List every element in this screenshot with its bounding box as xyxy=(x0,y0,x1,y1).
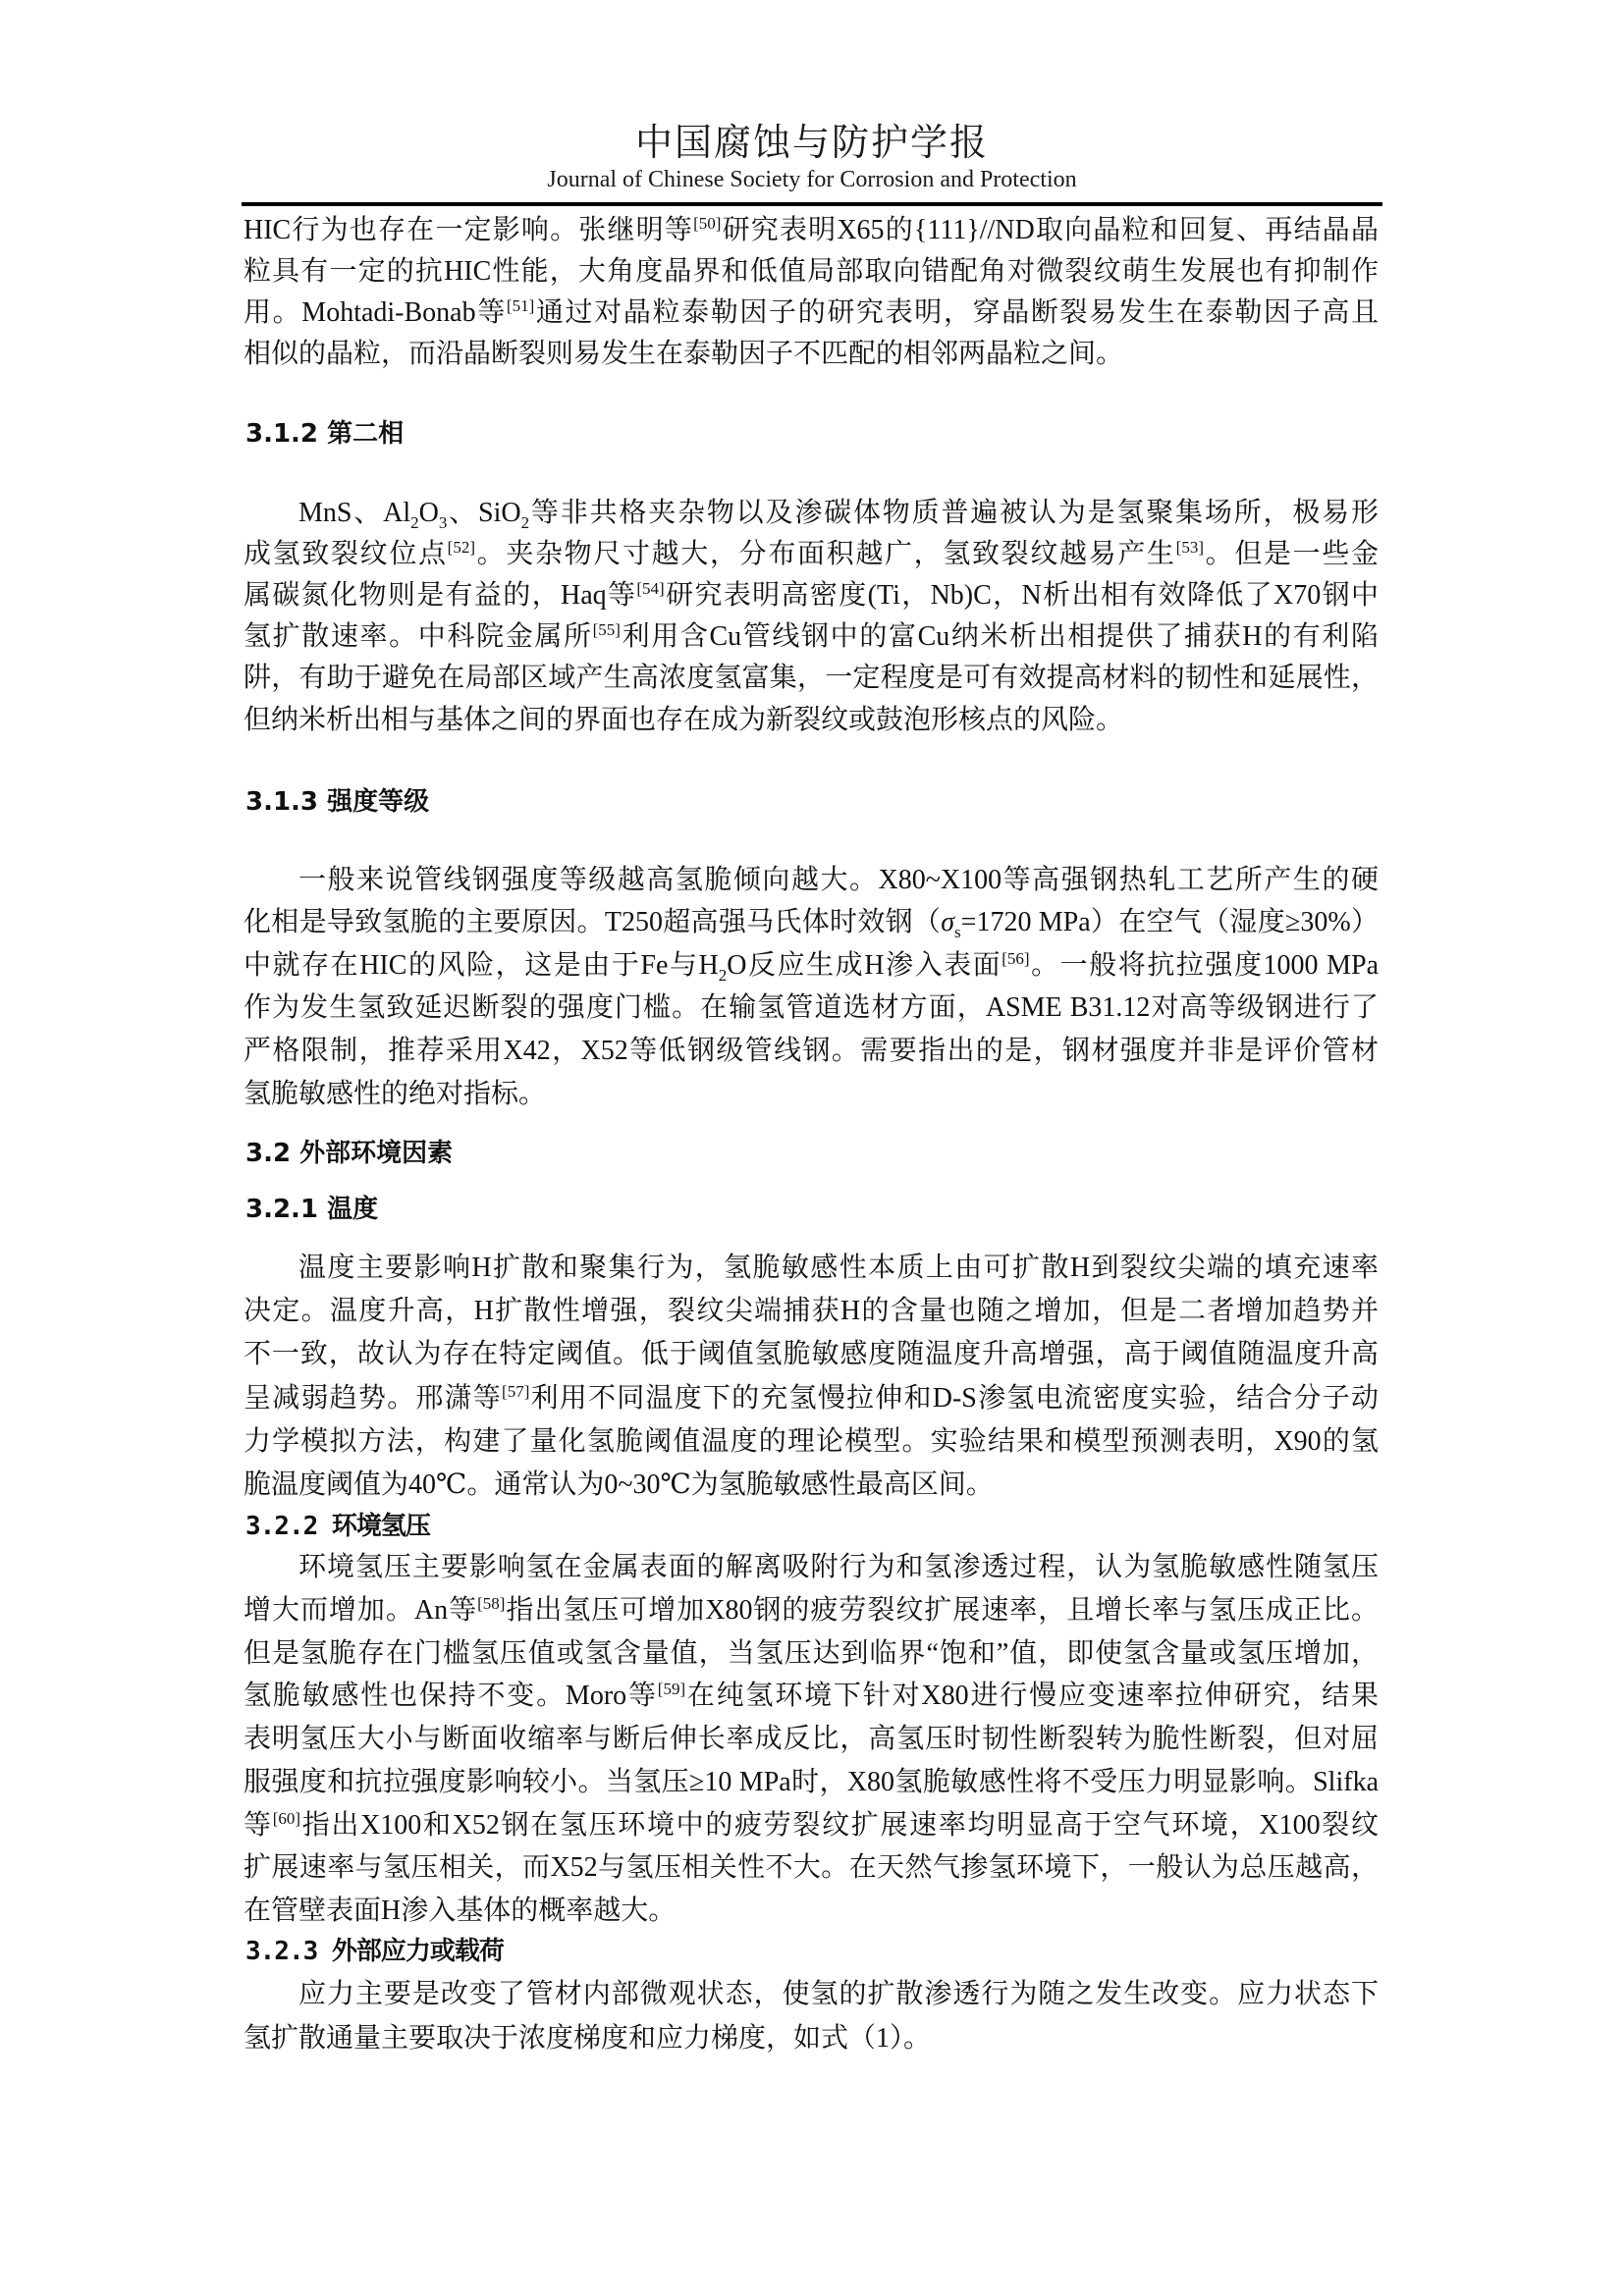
paragraph-line: 脆温度阈值为40℃。通常认为0~30℃为氢脆敏感性最高区间。 xyxy=(244,1465,1379,1506)
text-run: 氢脆敏感性的绝对指标。 xyxy=(244,1079,546,1109)
journal-title-cn: 中国腐蚀与防护学报 xyxy=(0,118,1624,167)
paragraph-line: 扩展速率与氢压相关，而X52与氢压相关性不大。在天然气掺氢环境下，一般认为总压越… xyxy=(244,1847,1379,1889)
paragraph-line: 增大而增加。An等[58]指出氢压可增加X80钢的疲劳裂纹扩展速率，且增长率与氢… xyxy=(244,1590,1379,1631)
text-run: 利用不同温度下的充氢慢拉伸和D-S渗氢电流密度实验，结合分子动 xyxy=(529,1383,1379,1414)
text-run: 不一致，故认为存在特定阈值。低于阈值氢脆敏感度随温度升高增强，高于阈值随温度升高 xyxy=(244,1339,1379,1369)
paragraph-line: 属碳氮化物则是有益的，Haq等[54]研究表明高密度(Ti，Nb)C，N析出相有… xyxy=(244,575,1379,616)
text-run: 在纯氢环境下针对X80进行慢应变速率拉伸研究，结果 xyxy=(685,1681,1379,1711)
text-run: 用。Mohtadi-Bonab等 xyxy=(244,297,507,328)
text-run: 相似的晶粒，而沿晶断裂则易发生在泰勒因子不匹配的相邻两晶粒之间。 xyxy=(244,339,1123,369)
paragraph-line: 粒具有一定的抗HIC性能，大角度晶界和低值局部取向错配角对微裂纹萌生发展也有抑制… xyxy=(244,251,1379,293)
paragraph-line: 环境氢压主要影响氢在金属表面的解离吸附行为和氢渗透过程，认为氢脆敏感性随氢压 xyxy=(298,1547,1379,1588)
paragraph-line: 不一致，故认为存在特定阈值。低于阈值氢脆敏感度随温度升高增强，高于阈值随温度升高 xyxy=(244,1334,1379,1375)
text-run: 力学模拟方法，构建了量化氢脆阈值温度的理论模型。实验结果和模型预测表明，X90的… xyxy=(244,1426,1379,1457)
text-run: 但是氢脆存在门槛氢压值或氢含量值，当氢压达到临界“饱和”值，即使氢含量或氢压增加… xyxy=(244,1638,1379,1669)
text-run: 但纳米析出相与基体之间的界面也存在成为新裂纹或鼓泡形核点的风险。 xyxy=(244,705,1123,735)
citation-ref: [54] xyxy=(636,579,664,598)
paragraph-line: 作为发生氢致延迟断裂的强度门槛。在输氢管道选材方面，ASME B31.12对高等… xyxy=(244,988,1379,1029)
text-run: 扩展速率与氢压相关，而X52与氢压相关性不大。在天然气掺氢环境下，一般认为总压越… xyxy=(244,1852,1379,1883)
header-rule xyxy=(242,202,1382,206)
text-run: 利用含Cu管线钢中的富Cu纳米析出相提供了捕获H的有利陷 xyxy=(621,621,1379,652)
text-run: 成氢致裂纹位点 xyxy=(244,539,448,569)
citation-ref: [51] xyxy=(507,296,534,315)
paragraph-line: HIC行为也存在一定影响。张继明等[50]研究表明X65的{111}//ND取向… xyxy=(244,210,1379,251)
citation-ref: [56] xyxy=(1001,949,1029,968)
paragraph-line: 相似的晶粒，而沿晶断裂则易发生在泰勒因子不匹配的相邻两晶粒之间。 xyxy=(244,334,1379,375)
text-run: 。夹杂物尺寸越大，分布面积越广，氢致裂纹越易产生 xyxy=(475,539,1176,569)
text-run: 等非共格夹杂物以及渗碳体物质普遍被认为是氢聚集场所，极易形 xyxy=(529,498,1379,528)
paragraph-line: 氢扩散速率。中科院金属所[55]利用含Cu管线钢中的富Cu纳米析出相提供了捕获H… xyxy=(244,616,1379,658)
text-run: 研究表明高密度(Ti，Nb)C，N析出相有效降低了X70钢中 xyxy=(665,580,1379,611)
text-run: MnS、Al xyxy=(298,498,410,528)
section-heading: 3.2.2 环境氢压 xyxy=(245,1507,430,1546)
symbol: σ xyxy=(941,907,954,937)
text-run: 温度主要影响H扩散和聚集行为，氢脆敏感性本质上由可扩散H到裂纹尖端的填充速率 xyxy=(298,1253,1379,1283)
text-run: 阱，有助于避免在局部区域产生高浓度氢富集，一定程度是可有效提高材料的韧性和延展性… xyxy=(244,663,1379,693)
section-heading: 3.1.2 第二相 xyxy=(245,414,404,454)
subscript: 2 xyxy=(521,513,530,532)
text-run: 一般来说管线钢强度等级越高氢脆倾向越大。X80~X100等高强钢热轧工艺所产生的… xyxy=(298,865,1379,895)
text-run: 等 xyxy=(244,1810,273,1841)
paragraph-line: 氢脆敏感性的绝对指标。 xyxy=(244,1074,1379,1115)
text-run: 作为发生氢致延迟断裂的强度门槛。在输氢管道选材方面，ASME B31.12对高等… xyxy=(244,992,1379,1023)
paragraph-line: 成氢致裂纹位点[52]。夹杂物尺寸越大，分布面积越广，氢致裂纹越易产生[53]。… xyxy=(244,534,1379,575)
text-run: 化相是导致氢脆的主要原因。T250超高强马氏体时效钢（ xyxy=(244,907,941,937)
text-run: 表明氢压大小与断面收缩率与断后伸长率成反比，高氢压时韧性断裂转为脆性断裂，但对屈 xyxy=(244,1724,1379,1754)
paragraph-line: 氢脆敏感性也保持不变。Moro等[59]在纯氢环境下针对X80进行慢应变速率拉伸… xyxy=(244,1676,1379,1717)
paragraph-line: 阱，有助于避免在局部区域产生高浓度氢富集，一定程度是可有效提高材料的韧性和延展性… xyxy=(244,658,1379,699)
paragraph-line: 化相是导致氢脆的主要原因。T250超高强马氏体时效钢（σs=1720 MPa）在… xyxy=(244,902,1379,943)
text-run: 呈减弱趋势。邢潇等 xyxy=(244,1383,502,1414)
paragraph-line: 呈减弱趋势。邢潇等[57]利用不同温度下的充氢慢拉伸和D-S渗氢电流密度实验，结… xyxy=(244,1378,1379,1419)
text-run: O反应生成H渗入表面 xyxy=(727,950,1001,981)
text-run: 服强度和抗拉强度影响较小。当氢压≥10 MPa时，X80氢脆敏感性将不受压力明显… xyxy=(244,1767,1379,1797)
paragraph-line: 但是氢脆存在门槛氢压值或氢含量值，当氢压达到临界“饱和”值，即使氢含量或氢压增加… xyxy=(244,1633,1379,1675)
paragraph-line: 决定。温度升高，H扩散性增强，裂纹尖端捕获H的含量也随之增加，但是二者增加趋势并 xyxy=(244,1291,1379,1332)
paragraph-line: MnS、Al2O3、SiO2等非共格夹杂物以及渗碳体物质普遍被认为是氢聚集场所，… xyxy=(298,493,1379,534)
text-run: 在管壁表面H渗入基体的概率越大。 xyxy=(244,1896,676,1926)
text-run: 研究表明X65的{111}//ND取向晶粒和回复、再结晶晶 xyxy=(721,215,1379,245)
section-heading: 3.2 外部环境因素 xyxy=(245,1134,453,1173)
text-run: 属碳氮化物则是有益的，Haq等 xyxy=(244,580,636,611)
paragraph-line: 严格限制，推荐采用X42，X52等低钢级管线钢。需要指出的是，钢材强度并非是评价… xyxy=(244,1031,1379,1072)
text-run: 应力主要是改变了管材内部微观状态，使氢的扩散渗透行为随之发生改变。应力状态下 xyxy=(298,1979,1379,2009)
paragraph-line: 表明氢压大小与断面收缩率与断后伸长率成反比，高氢压时韧性断裂转为脆性断裂，但对屈 xyxy=(244,1719,1379,1760)
text-run: 增大而增加。An等 xyxy=(244,1595,477,1626)
text-run: 通过对晶粒泰勒因子的研究表明，穿晶断裂易发生在泰勒因子高且 xyxy=(534,297,1379,328)
text-run: 。一般将抗拉强度1000 MPa xyxy=(1030,950,1379,981)
text-run: 氢脆敏感性也保持不变。Moro等 xyxy=(244,1681,658,1711)
citation-ref: [50] xyxy=(693,214,721,233)
text-run: 、SiO xyxy=(447,498,520,528)
citation-ref: [55] xyxy=(593,620,621,639)
text-run: 脆温度阈值为40℃。通常认为0~30℃为氢脆敏感性最高区间。 xyxy=(244,1469,994,1500)
text-run: 氢扩散通量主要取决于浓度梯度和应力梯度，如式（1）。 xyxy=(244,2023,931,2054)
section-heading: 3.2.1 温度 xyxy=(245,1190,378,1229)
text-run: 指出X100和X52钢在氢压环境中的疲劳裂纹扩展速率均明显高于空气环境，X100… xyxy=(300,1810,1379,1841)
text-run: 。但是一些金 xyxy=(1204,539,1379,569)
paragraph-line: 等[60]指出X100和X52钢在氢压环境中的疲劳裂纹扩展速率均明显高于空气环境… xyxy=(244,1805,1379,1846)
journal-title-en: Journal of Chinese Society for Corrosion… xyxy=(0,165,1624,194)
citation-ref: [53] xyxy=(1176,538,1204,557)
text-run: 中就存在HIC的风险，这是由于Fe与H xyxy=(244,950,719,981)
paragraph-line: 氢扩散通量主要取决于浓度梯度和应力梯度，如式（1）。 xyxy=(244,2018,1379,2059)
paragraph-line: 在管壁表面H渗入基体的概率越大。 xyxy=(244,1891,1379,1932)
text-run: 决定。温度升高，H扩散性增强，裂纹尖端捕获H的含量也随之增加，但是二者增加趋势并 xyxy=(244,1296,1379,1326)
text-run: 氢扩散速率。中科院金属所 xyxy=(244,621,593,652)
paragraph-line: 应力主要是改变了管材内部微观状态，使氢的扩散渗透行为随之发生改变。应力状态下 xyxy=(298,1974,1379,2015)
text-run: O xyxy=(419,498,439,528)
citation-ref: [60] xyxy=(273,1809,300,1828)
citation-ref: [58] xyxy=(477,1594,505,1613)
subscript: s xyxy=(954,923,961,941)
paragraph-line: 温度主要影响H扩散和聚集行为，氢脆敏感性本质上由可扩散H到裂纹尖端的填充速率 xyxy=(298,1248,1379,1289)
subscript: 2 xyxy=(410,513,419,532)
paragraph-line: 一般来说管线钢强度等级越高氢脆倾向越大。X80~X100等高强钢热轧工艺所产生的… xyxy=(298,860,1379,901)
subscript: 2 xyxy=(719,966,728,985)
section-heading: 3.1.3 强度等级 xyxy=(245,782,429,822)
text-run: 环境氢压主要影响氢在金属表面的解离吸附行为和氢渗透过程，认为氢脆敏感性随氢压 xyxy=(298,1552,1379,1582)
text-run: 粒具有一定的抗HIC性能，大角度晶界和低值局部取向错配角对微裂纹萌生发展也有抑制… xyxy=(244,256,1379,287)
text-run: =1720 MPa）在空气（湿度≥30%） xyxy=(961,907,1379,937)
citation-ref: [57] xyxy=(502,1382,529,1401)
paragraph-line: 服强度和抗拉强度影响较小。当氢压≥10 MPa时，X80氢脆敏感性将不受压力明显… xyxy=(244,1762,1379,1803)
citation-ref: [52] xyxy=(448,538,475,557)
paragraph-line: 用。Mohtadi-Bonab等[51]通过对晶粒泰勒因子的研究表明，穿晶断裂易… xyxy=(244,293,1379,334)
text-run: 严格限制，推荐采用X42，X52等低钢级管线钢。需要指出的是，钢材强度并非是评价… xyxy=(244,1036,1379,1066)
subscript: 3 xyxy=(439,513,448,532)
paragraph-line: 力学模拟方法，构建了量化氢脆阈值温度的理论模型。实验结果和模型预测表明，X90的… xyxy=(244,1421,1379,1463)
citation-ref: [59] xyxy=(658,1680,685,1698)
section-heading: 3.2.3 外部应力或载荷 xyxy=(245,1932,504,1971)
paragraph-line: 中就存在HIC的风险，这是由于Fe与H2O反应生成H渗入表面[56]。一般将抗拉… xyxy=(244,945,1379,987)
paragraph-line: 但纳米析出相与基体之间的界面也存在成为新裂纹或鼓泡形核点的风险。 xyxy=(244,700,1379,741)
text-run: 指出氢压可增加X80钢的疲劳裂纹扩展速率，且增长率与氢压成正比。 xyxy=(505,1595,1379,1626)
text-run: HIC行为也存在一定影响。张继明等 xyxy=(244,215,693,245)
